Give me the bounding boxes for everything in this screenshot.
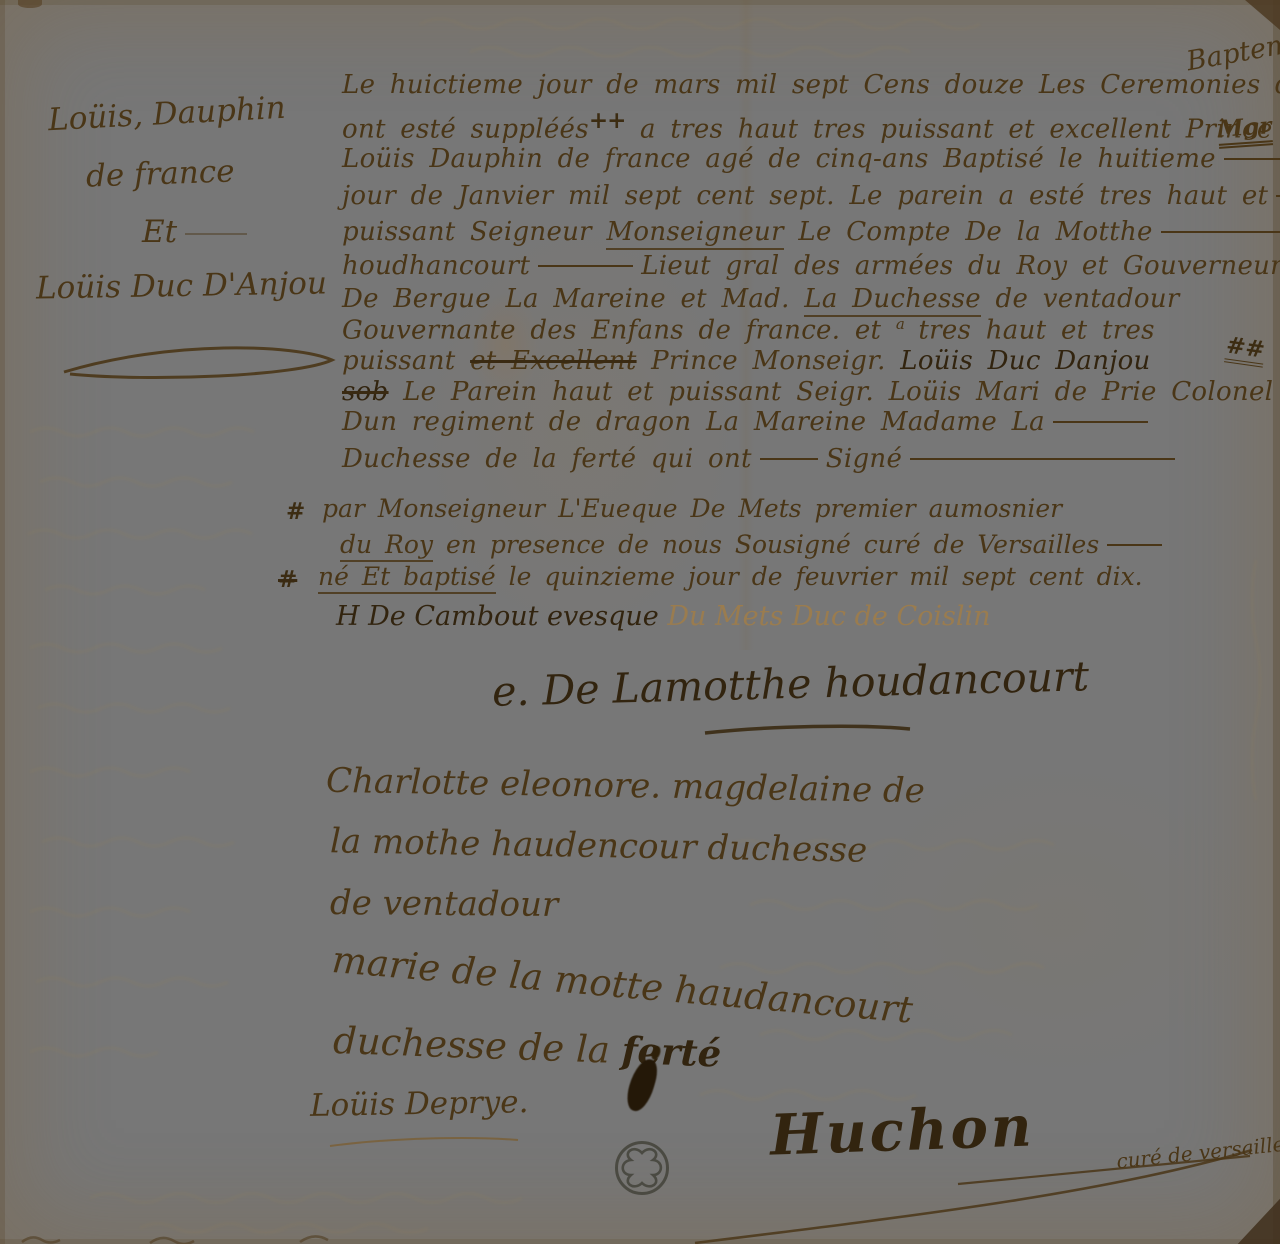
- record-line-5-text2: Le Compte De la Motthe: [784, 217, 1153, 247]
- scan-edge-left: [0, 0, 5, 1244]
- signature-bishop-of-metz: H De Cambout evesque Du Mets Duc de Cois…: [336, 601, 991, 632]
- record-line-12-text: Duchesse de la ferté qui ont: [342, 444, 752, 474]
- record-line-4-text: jour de Janvier mil sept cent sept. Le p…: [342, 181, 1268, 211]
- deprye-underline: [330, 1138, 518, 1146]
- scan-edge-bottom: [0, 1239, 1280, 1244]
- interline-insertion-a: a: [896, 315, 904, 333]
- annotation-line-2-text: en presence de nous Sousigné curé de Ver…: [433, 530, 1099, 559]
- record-line-1: Le huictieme jour de mars mil sept Cens …: [342, 70, 1280, 100]
- line-filler-rule: [1107, 544, 1162, 546]
- laferte-text: duchesse de la: [332, 1019, 622, 1072]
- record-line-6: houdhancourtLieut gral des armées du Roy…: [342, 251, 1280, 281]
- signature-louis-deprye: Loüis Deprye.: [310, 1084, 529, 1124]
- louis-duc-danjou: Loüis Duc Danjou: [900, 346, 1150, 376]
- du-roy-underlined: du Roy: [340, 530, 433, 562]
- line-filler-rule: [1053, 421, 1148, 423]
- line-filler-rule: [1161, 231, 1280, 233]
- record-line-2-text: ont esté suppléés: [342, 115, 589, 145]
- renvoi-mark-margin-right: ##: [1224, 331, 1266, 367]
- ne-et-baptise-underlined: né Et baptisé: [318, 562, 496, 594]
- renvoi-mark-1: #: [286, 498, 305, 525]
- record-line-6-text2: Lieut gral des armées du Roy et Gouverne…: [641, 251, 1280, 281]
- record-line-12: Duchesse de la ferté qui ontSigné: [342, 444, 1175, 474]
- torn-corner-bottom-right: [1232, 1186, 1280, 1244]
- signature-huchon: Huchon: [769, 1093, 1036, 1168]
- record-line-7: De Bergue La Mareine et Mad. La Duchesse…: [342, 284, 1180, 314]
- line-filler-rule: [910, 458, 1175, 460]
- record-line-8-text: Gouvernante des Enfans de france. et: [342, 316, 896, 346]
- signature-bishop-dark-ink: H De Cambout evesque: [336, 601, 667, 632]
- record-line-7-text: De Bergue La Mareine et Mad.: [342, 284, 804, 314]
- mid-line-dash: [538, 265, 633, 267]
- struck-word-start: sob: [342, 377, 389, 407]
- margin-dash: [185, 233, 247, 235]
- signature-duchesse-ventadour-line1: Charlotte eleonore. magdelaine de: [326, 761, 925, 811]
- signature-duchesse-laferte-line1: marie de la motte haudancourt: [330, 938, 914, 1032]
- signature-lamothe-houdancourt: e. De Lamotthe houdancourt: [491, 652, 1089, 716]
- signature-bishop-faded-ink: Du Mets Duc de Coislin: [667, 601, 990, 632]
- signature-duchesse-ventadour-line2: la mothe haudencour duchesse: [330, 821, 868, 870]
- signature-huchon-title: curé de versailles: [1115, 1131, 1280, 1174]
- record-line-5: puissant Seigneur Monseigneur Le Compte …: [342, 217, 1280, 247]
- signature-duchesse-ventadour-line3: de ventadour: [330, 883, 559, 925]
- record-line-8-text2: tres haut et tres: [904, 316, 1155, 346]
- manuscript-page: Bapteme Loüis, Dauphin de france Et Loüi…: [0, 0, 1280, 1244]
- record-line-10-text: Le Parein haut et puissant Seigr.: [389, 377, 889, 407]
- margin-note-names-line4: Loüis Duc D'Anjou: [36, 265, 327, 306]
- record-line-9-text: puissant: [342, 346, 470, 376]
- margin-note-names-line1: Loüis, Dauphin: [47, 90, 286, 138]
- annotation-line-2: du Roy en presence de nous Sousigné curé…: [340, 530, 1162, 559]
- lamothe-underline-flourish: [705, 726, 910, 733]
- record-line-11: Dun regiment de dragon La Mareine Madame…: [342, 407, 1148, 437]
- line-filler-rule: [1276, 195, 1280, 197]
- annotation-line-3: né Et baptisé le quinzieme jour de feuvr…: [318, 562, 1143, 591]
- record-line-2: ont esté suppléés++ a tres haut tres pui…: [342, 107, 1273, 145]
- margin-et: Et: [142, 214, 177, 250]
- margin-note-names-line2: de france: [85, 153, 235, 194]
- record-line-3: Loüis Dauphin de france agé de cinq-ans …: [342, 144, 1280, 174]
- torn-corner-top-right: [1242, 0, 1280, 30]
- renvoi-mark-2: #: [278, 566, 297, 593]
- struck-words-et-excellent: et Excellent: [470, 346, 637, 376]
- la-duchesse-underlined: La Duchesse: [804, 284, 981, 317]
- edge-nick-top-left: [18, 0, 42, 8]
- library-monogram-stamp: [612, 1138, 672, 1198]
- record-line-5-text: puissant Seigneur: [342, 217, 606, 247]
- monseigneur-underlined: Monseigneur: [606, 217, 783, 250]
- scan-edge-top: [0, 0, 1280, 5]
- record-line-6-text: houdhancourt: [342, 251, 530, 281]
- record-line-10: sob Le Parein haut et puissant Seigr. Lo…: [342, 377, 1273, 407]
- signature-duchesse-laferte-line2: duchesse de la ferté: [332, 1018, 721, 1076]
- record-line-4: jour de Janvier mil sept cent sept. Le p…: [342, 181, 1280, 211]
- margin-flourish: [64, 348, 332, 378]
- margin-note-names-line3: Et: [142, 214, 247, 250]
- record-line-9: puissant et Excellent Prince Monseigr. L…: [342, 346, 1151, 376]
- line-filler-rule: [1224, 158, 1280, 160]
- record-line-3-text: Loüis Dauphin de france agé de cinq-ans …: [342, 144, 1216, 174]
- annotation-line-1: par Monseigneur L'Eueque De Mets premier…: [322, 494, 1062, 523]
- record-line-8: Gouvernante des Enfans de france. et a t…: [342, 315, 1155, 346]
- record-line-11-text: Dun regiment de dragon La Mareine Madame…: [342, 407, 1045, 437]
- renvoi-mark-inline: ++: [589, 107, 626, 134]
- record-line-2-text2: a tres haut tres puissant et excellent P…: [625, 115, 1272, 145]
- mid-line-dash: [760, 458, 818, 460]
- record-line-9-text2: Prince Monseigr.: [637, 346, 901, 376]
- record-line-7-text2: de ventadour: [981, 284, 1180, 314]
- stamp-monogram-icon: [612, 1138, 672, 1198]
- annotation-line-3-text: le quinzieme jour de feuvrier mil sept c…: [496, 562, 1143, 591]
- signe-word: Signé: [826, 444, 902, 474]
- record-line-10-text2: Loüis Mari de Prie Colonel: [889, 377, 1274, 407]
